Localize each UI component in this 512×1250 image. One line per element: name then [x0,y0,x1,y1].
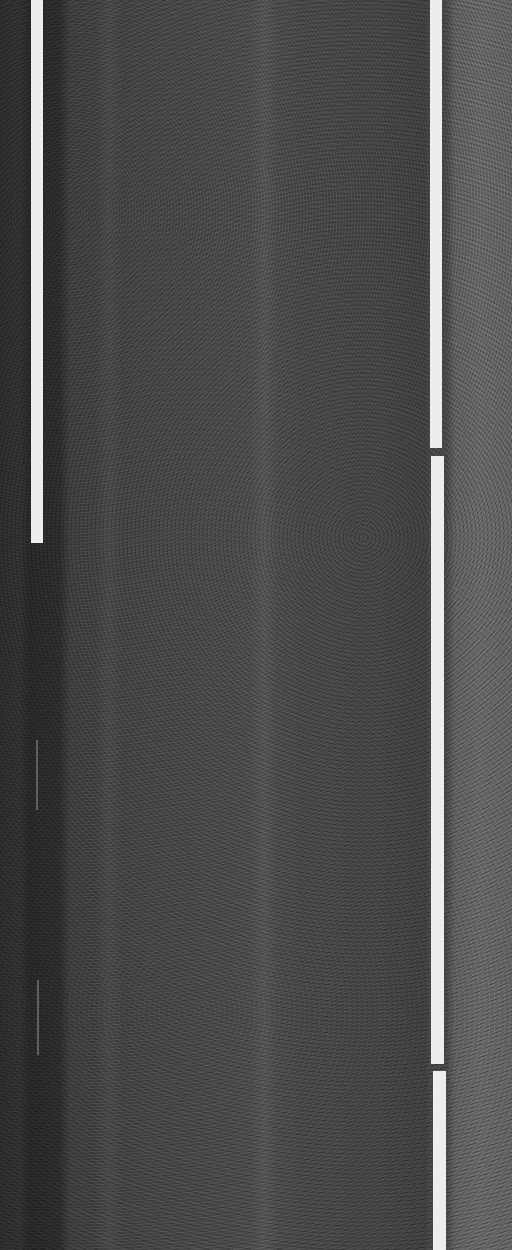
right-lane-marking-2 [431,456,444,1064]
wheel-track [250,0,278,1250]
worn-marking [36,740,38,810]
right-lane-marking-1 [430,0,442,448]
right-lane-marking-3 [433,1071,446,1250]
wheel-track [95,0,123,1250]
left-edge-marking [31,0,43,543]
road-surface [0,0,512,1250]
worn-marking [37,980,39,1055]
